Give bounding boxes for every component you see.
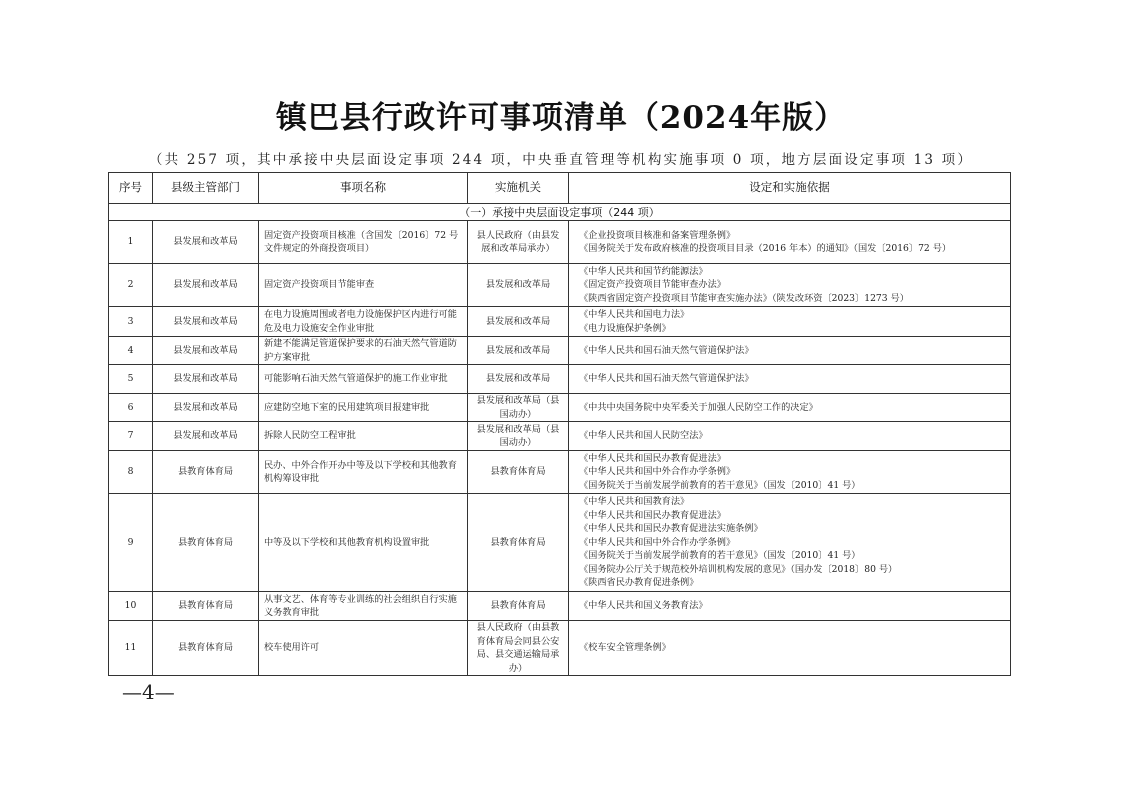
cell-num: 4	[109, 337, 153, 365]
cell-num: 5	[109, 365, 153, 394]
cell-dept: 县发展和改革局	[153, 337, 259, 365]
cell-basis: 《校车安全管理条例》	[569, 621, 1011, 676]
cell-item-name: 中等及以下学校和其他教育机构设置审批	[259, 494, 468, 592]
section-row: （一）承接中央层面设定事项（244 项）	[109, 204, 1011, 221]
cell-dept: 县教育体育局	[153, 592, 259, 621]
cell-item-name: 在电力设施周围或者电力设施保护区内进行可能危及电力设施安全作业审批	[259, 307, 468, 337]
cell-dept: 县发展和改革局	[153, 365, 259, 394]
cell-num: 7	[109, 422, 153, 451]
cell-org: 县发展和改革局	[468, 365, 569, 394]
table-row: 2县发展和改革局固定资产投资项目节能审查县发展和改革局《中华人民共和国节约能源法…	[109, 264, 1011, 307]
cell-dept: 县发展和改革局	[153, 264, 259, 307]
table-row: 9县教育体育局中等及以下学校和其他教育机构设置审批县教育体育局《中华人民共和国教…	[109, 494, 1011, 592]
table-header-row: 序号 县级主管部门 事项名称 实施机关 设定和实施依据	[109, 173, 1011, 204]
cell-num: 3	[109, 307, 153, 337]
basis-line: 《国务院办公厅关于规范校外培训机构发展的意见》（国办发〔2018〕80 号）	[579, 563, 1005, 577]
basis-line: 《中华人民共和国电力法》	[579, 308, 1005, 322]
basis-line: 《中华人民共和国石油天然气管道保护法》	[579, 344, 1005, 358]
cell-basis: 《企业投资项目核准和备案管理条例》《国务院关于发布政府核准的投资项目目录（201…	[569, 221, 1011, 264]
table-row: 3县发展和改革局在电力设施周围或者电力设施保护区内进行可能危及电力设施安全作业审…	[109, 307, 1011, 337]
basis-line: 《校车安全管理条例》	[579, 641, 1005, 655]
cell-basis: 《中华人民共和国石油天然气管道保护法》	[569, 365, 1011, 394]
cell-num: 1	[109, 221, 153, 264]
table-row: 7县发展和改革局拆除人民防空工程审批县发展和改革局（县国动办）《中华人民共和国人…	[109, 422, 1011, 451]
permit-items-table: 序号 县级主管部门 事项名称 实施机关 设定和实施依据 （一）承接中央层面设定事…	[108, 172, 1011, 676]
table-row: 8县教育体育局民办、中外合作开办中等及以下学校和其他教育机构筹设审批县教育体育局…	[109, 451, 1011, 494]
cell-num: 11	[109, 621, 153, 676]
basis-line: 《电力设施保护条例》	[579, 322, 1005, 336]
section-label: （一）承接中央层面设定事项（244 项）	[109, 204, 1011, 221]
cell-org: 县发展和改革局	[468, 337, 569, 365]
cell-dept: 县发展和改革局	[153, 307, 259, 337]
basis-line: 《国务院关于当前发展学前教育的若干意见》（国发〔2010〕41 号）	[579, 479, 1005, 493]
cell-org: 县人民政府（由县教育体育局会同县公安局、县交通运输局承办）	[468, 621, 569, 676]
cell-num: 6	[109, 394, 153, 422]
cell-org: 县发展和改革局	[468, 264, 569, 307]
cell-item-name: 拆除人民防空工程审批	[259, 422, 468, 451]
cell-item-name: 新建不能满足管道保护要求的石油天然气管道防护方案审批	[259, 337, 468, 365]
cell-num: 2	[109, 264, 153, 307]
cell-item-name: 可能影响石油天然气管道保护的施工作业审批	[259, 365, 468, 394]
basis-line: 《中华人民共和国民办教育促进法实施条例》	[579, 522, 1005, 536]
basis-line: 《国务院关于当前发展学前教育的若干意见》（国发〔2010〕41 号）	[579, 549, 1005, 563]
basis-line: 《中华人民共和国民办教育促进法》	[579, 509, 1005, 523]
cell-dept: 县教育体育局	[153, 494, 259, 592]
basis-line: 《固定资产投资项目节能审查办法》	[579, 278, 1005, 292]
cell-org: 县教育体育局	[468, 451, 569, 494]
cell-org: 县教育体育局	[468, 592, 569, 621]
document-subtitle: （共 257 项，其中承接中央层面设定事项 244 项，中央垂直管理等机构实施事…	[0, 148, 1122, 168]
cell-item-name: 校车使用许可	[259, 621, 468, 676]
basis-line: 《中华人民共和国中外合作办学条例》	[579, 465, 1005, 479]
basis-line: 《陕西省固定资产投资项目节能审查实施办法》（陕发改环资〔2023〕1273 号）	[579, 292, 1005, 306]
cell-org: 县人民政府（由县发展和改革局承办）	[468, 221, 569, 264]
header-dept: 县级主管部门	[153, 173, 259, 204]
cell-basis: 《中华人民共和国民办教育促进法》《中华人民共和国中外合作办学条例》《国务院关于当…	[569, 451, 1011, 494]
cell-basis: 《中华人民共和国电力法》《电力设施保护条例》	[569, 307, 1011, 337]
cell-item-name: 固定资产投资项目核准（含国发〔2016〕72 号文件规定的外商投资项目）	[259, 221, 468, 264]
cell-item-name: 应建防空地下室的民用建筑项目报建审批	[259, 394, 468, 422]
table-row: 6县发展和改革局应建防空地下室的民用建筑项目报建审批县发展和改革局（县国动办）《…	[109, 394, 1011, 422]
cell-num: 8	[109, 451, 153, 494]
basis-line: 《陕西省民办教育促进条例》	[579, 576, 1005, 590]
cell-item-name: 民办、中外合作开办中等及以下学校和其他教育机构筹设审批	[259, 451, 468, 494]
basis-line: 《中华人民共和国义务教育法》	[579, 599, 1005, 613]
cell-org: 县发展和改革局（县国动办）	[468, 422, 569, 451]
cell-org: 县教育体育局	[468, 494, 569, 592]
basis-line: 《国务院关于发布政府核准的投资项目目录（2016 年本）的通知》（国发〔2016…	[579, 242, 1005, 256]
cell-item-name: 从事文艺、体育等专业训练的社会组织自行实施义务教育审批	[259, 592, 468, 621]
basis-line: 《中华人民共和国节约能源法》	[579, 265, 1005, 279]
basis-line: 《中华人民共和国人民防空法》	[579, 429, 1005, 443]
header-org: 实施机关	[468, 173, 569, 204]
cell-dept: 县发展和改革局	[153, 221, 259, 264]
cell-num: 10	[109, 592, 153, 621]
cell-item-name: 固定资产投资项目节能审查	[259, 264, 468, 307]
basis-line: 《中华人民共和国石油天然气管道保护法》	[579, 372, 1005, 386]
cell-basis: 《中华人民共和国节约能源法》《固定资产投资项目节能审查办法》《陕西省固定资产投资…	[569, 264, 1011, 307]
header-num: 序号	[109, 173, 153, 204]
cell-basis: 《中华人民共和国石油天然气管道保护法》	[569, 337, 1011, 365]
header-name: 事项名称	[259, 173, 468, 204]
cell-basis: 《中华人民共和国人民防空法》	[569, 422, 1011, 451]
cell-dept: 县教育体育局	[153, 451, 259, 494]
page-number: —4—	[122, 680, 175, 704]
table-row: 5县发展和改革局可能影响石油天然气管道保护的施工作业审批县发展和改革局《中华人民…	[109, 365, 1011, 394]
table-row: 11县教育体育局校车使用许可县人民政府（由县教育体育局会同县公安局、县交通运输局…	[109, 621, 1011, 676]
table-row: 1县发展和改革局固定资产投资项目核准（含国发〔2016〕72 号文件规定的外商投…	[109, 221, 1011, 264]
cell-basis: 《中华人民共和国教育法》《中华人民共和国民办教育促进法》《中华人民共和国民办教育…	[569, 494, 1011, 592]
basis-line: 《中华人民共和国中外合作办学条例》	[579, 536, 1005, 550]
cell-org: 县发展和改革局（县国动办）	[468, 394, 569, 422]
table-row: 4县发展和改革局新建不能满足管道保护要求的石油天然气管道防护方案审批县发展和改革…	[109, 337, 1011, 365]
cell-dept: 县教育体育局	[153, 621, 259, 676]
table-row: 10县教育体育局从事文艺、体育等专业训练的社会组织自行实施义务教育审批县教育体育…	[109, 592, 1011, 621]
basis-line: 《企业投资项目核准和备案管理条例》	[579, 229, 1005, 243]
cell-basis: 《中华人民共和国义务教育法》	[569, 592, 1011, 621]
basis-line: 《中华人民共和国教育法》	[579, 495, 1005, 509]
cell-dept: 县发展和改革局	[153, 394, 259, 422]
header-basis: 设定和实施依据	[569, 173, 1011, 204]
cell-num: 9	[109, 494, 153, 592]
cell-basis: 《中共中央国务院中央军委关于加强人民防空工作的决定》	[569, 394, 1011, 422]
basis-line: 《中华人民共和国民办教育促进法》	[579, 452, 1005, 466]
cell-org: 县发展和改革局	[468, 307, 569, 337]
basis-line: 《中共中央国务院中央军委关于加强人民防空工作的决定》	[579, 401, 1005, 415]
cell-dept: 县发展和改革局	[153, 422, 259, 451]
document-title: 镇巴县行政许可事项清单（2024年版）	[0, 92, 1122, 137]
